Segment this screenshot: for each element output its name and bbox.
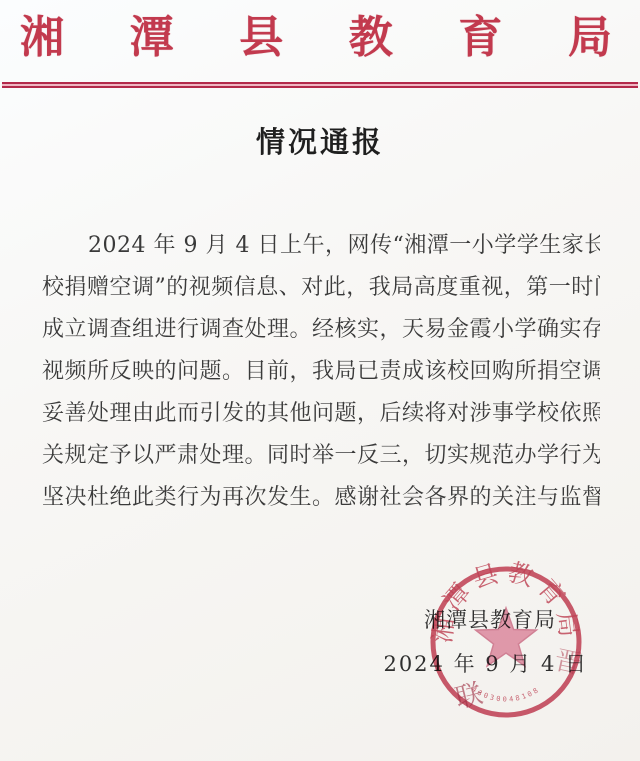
signature-date: 2024 年 9 月 4 日 (383, 648, 588, 678)
body-line: 妥善处理由此而引发的其他问题，后续将对涉事学校依照相 (42, 393, 600, 435)
agency-char: 育 (458, 14, 502, 62)
agency-char: 湘 (20, 14, 64, 62)
seal-ring (433, 569, 579, 715)
body-line: 2024 年 9 月 4 日上午，网传“湘潭一小学学生家长给学 (42, 225, 600, 267)
header-rule (2, 82, 638, 88)
seal-overprint-left: 联 (452, 678, 486, 715)
body-line: 成立调查组进行调查处理。经核实，天易金霞小学确实存在 (42, 309, 600, 351)
agency-char: 局 (568, 14, 612, 62)
agency-header: 湘 潭 县 教 育 局 (20, 14, 612, 62)
agency-char: 教 (349, 14, 393, 62)
body-line: 校捐赠空调”的视频信息、对此，我局高度重视，第一时间 (42, 267, 600, 309)
body-line: 关规定予以严肃处理。同时举一反三，切实规范办学行为， (42, 435, 600, 477)
body-line: 视频所反映的问题。目前，我局已责成该校回购所捐空调并 (42, 351, 600, 393)
agency-char: 潭 (130, 14, 174, 62)
document-body: 2024 年 9 月 4 日上午，网传“湘潭一小学学生家长给学 校捐赠空调”的视… (42, 225, 600, 519)
official-seal: 湘潭县教育局 43030048108 晋 联 (420, 556, 592, 728)
document-title: 情况通报 (0, 120, 640, 161)
document-page: 湘 潭 县 教 育 局 情况通报 2024 年 9 月 4 日上午，网传“湘潭一… (0, 0, 640, 761)
agency-char: 县 (239, 14, 283, 62)
seal-code: 43030048108 (470, 685, 541, 703)
body-line: 坚决杜绝此类行为再次发生。感谢社会各界的关注与监督！ (42, 477, 600, 519)
signature-agency: 湘潭县教育局 (424, 604, 556, 634)
